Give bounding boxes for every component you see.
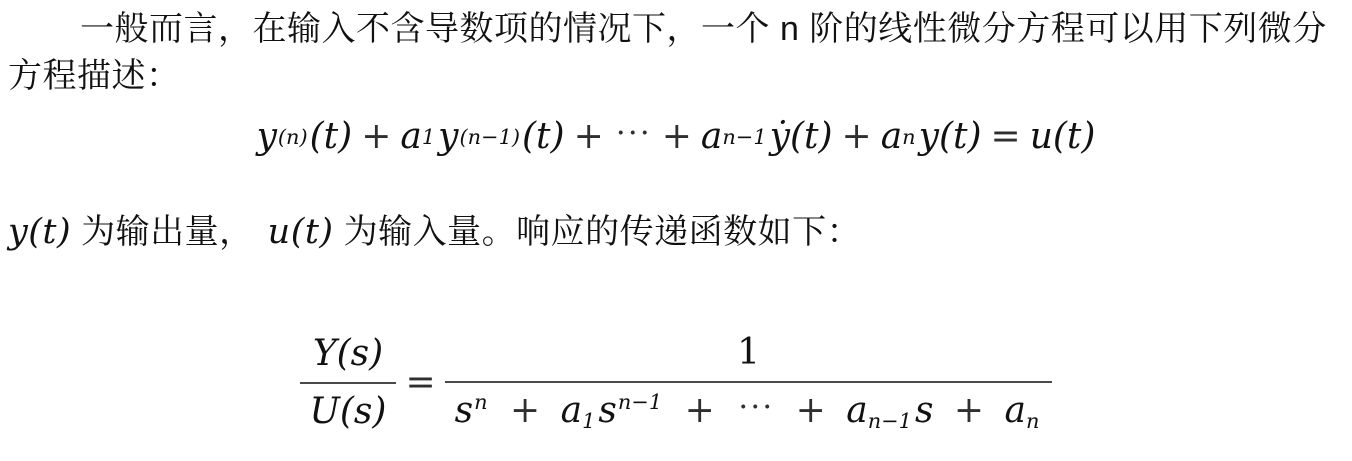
eq2-den-term1-base: s	[455, 390, 473, 431]
eq2-lhs-fraction: Y(s) U(s)	[300, 333, 397, 432]
eq1-term3-coef-sub: n−1	[722, 125, 766, 149]
paragraph-io: y(t)为输出量，u(t)为输入量。响应的传递函数如下：	[8, 209, 1344, 256]
eq1-equals: =	[991, 116, 1021, 157]
eq1-plus-3: +	[662, 116, 692, 157]
eq2-den-term3-coef: a	[846, 390, 867, 431]
eq1-plus-2: +	[574, 116, 604, 157]
inline-math-y-t: y(t)	[8, 212, 71, 252]
eq2-lhs-denominator: U(s)	[300, 382, 397, 432]
eq1-term3-arg: (t)	[790, 116, 833, 157]
eq2-den-term1-sup: n	[474, 390, 487, 414]
eq1-plus-1: +	[361, 116, 391, 157]
eq2-rhs-fraction: 1 sn + a1sn−1 + ⋯ + an−1s + an	[445, 332, 1053, 432]
eq1-rhs-arg: (t)	[1053, 116, 1096, 157]
eq1-term2-arg: (t)	[522, 116, 565, 157]
eq2-den-plus-4: +	[954, 390, 984, 431]
eq2-den-term3-base: s	[915, 390, 933, 431]
eq2-den-term4-coef-sub: n	[1026, 409, 1039, 433]
eq2-den-cdots: ⋯	[737, 388, 773, 429]
eq1-term3-coef: a	[701, 116, 722, 157]
paragraph-intro-text: 一般而言，在输入不含导数项的情况下，一个 n 阶的线性微分方程可以用下列微分方程…	[8, 10, 1327, 95]
eq2-den-term2-sup: n−1	[618, 390, 662, 414]
eq2-lhs-numerator: Y(s)	[303, 333, 393, 381]
eq1-term1-arg: (t)	[310, 116, 353, 157]
eq1-term1-sup: (n)	[278, 125, 308, 149]
eq1-term1-base: y	[257, 116, 277, 157]
eq1-term2-coef: a	[400, 116, 421, 157]
eq1-term4-coef: a	[881, 116, 902, 157]
eq2-den-term4-coef: a	[1005, 390, 1026, 431]
equation-transfer-function: Y(s) U(s) = 1 sn + a1sn−1 + ⋯ + an−1s + …	[8, 332, 1344, 432]
eq2-den-term2-coef-sub: 1	[582, 409, 595, 433]
document-page: 一般而言，在输入不含导数项的情况下，一个 n 阶的线性微分方程可以用下列微分方程…	[0, 0, 1352, 461]
eq2-den-term2-coef: a	[561, 390, 582, 431]
eq1-term3-base: ẏ	[770, 116, 790, 157]
eq1-plus-4: +	[842, 116, 872, 157]
eq2-den-term2-base: s	[598, 390, 616, 431]
eq2-rhs-numerator: 1	[727, 332, 770, 380]
paragraph-io-text-2: 为输入量。响应的传递函数如下：	[344, 213, 862, 251]
eq1-term2-sup: (n−1)	[459, 125, 520, 149]
inline-math-u-t: u(t)	[268, 212, 334, 252]
eq1-term4-coef-sub: n	[902, 125, 915, 149]
eq2-den-plus-2: +	[685, 390, 715, 431]
eq1-term4-arg: (t)	[939, 116, 982, 157]
eq2-den-term3-coef-sub: n−1	[868, 409, 912, 433]
paragraph-intro: 一般而言，在输入不含导数项的情况下，一个 n 阶的线性微分方程可以用下列微分方程…	[8, 6, 1344, 100]
eq1-term2-coef-sub: 1	[422, 125, 435, 149]
eq1-rhs-base: u	[1030, 116, 1053, 157]
eq2-den-plus-1: +	[510, 390, 540, 431]
eq1-term4-base: y	[919, 116, 939, 157]
eq1-cdots: ⋯	[615, 114, 651, 155]
equation-differential: y(n)(t) + a1y(n−1)(t) + ⋯ + an−1ẏ(t) + a…	[8, 116, 1344, 157]
eq2-den-plus-3: +	[796, 390, 826, 431]
eq2-rhs-denominator: sn + a1sn−1 + ⋯ + an−1s + an	[445, 381, 1053, 433]
eq1-term2-base: y	[438, 116, 458, 157]
paragraph-io-text-1: 为输出量，	[81, 213, 254, 251]
eq2-equals: =	[405, 362, 435, 403]
